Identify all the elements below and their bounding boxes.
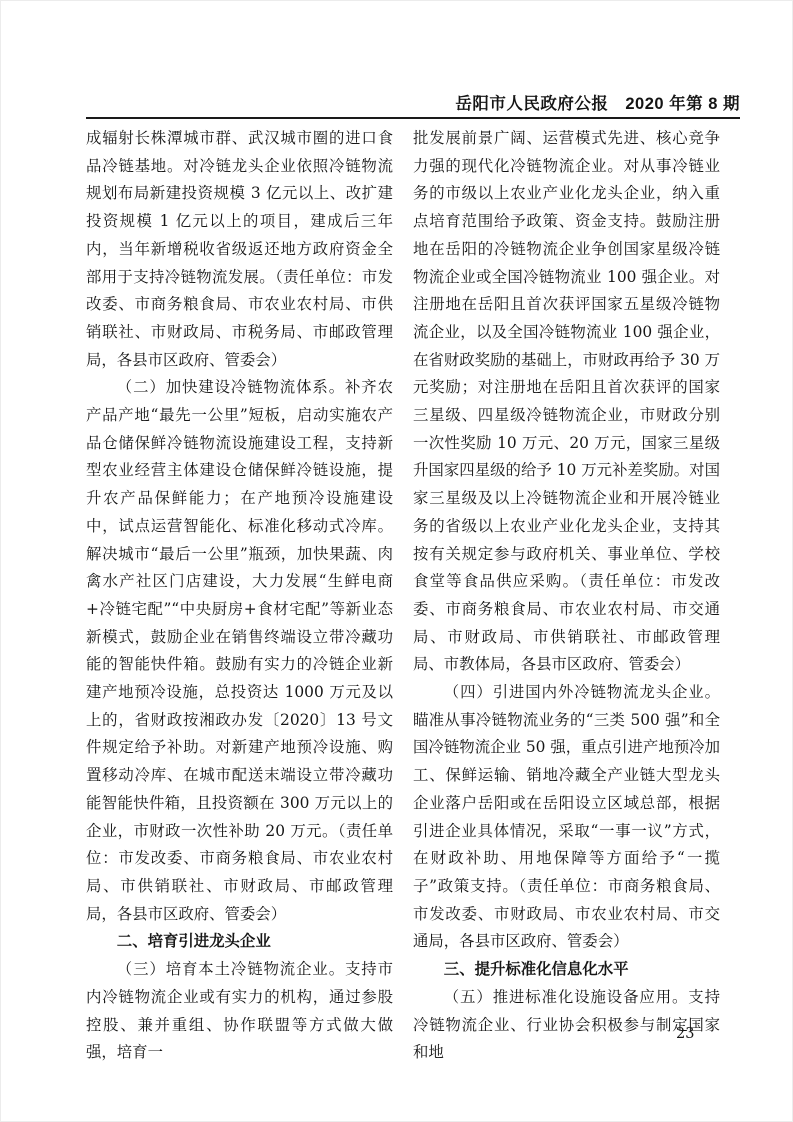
page-header: 岳阳市人民政府公报 2020 年第 8 期 — [86, 90, 740, 114]
page-body: 成辐射长株潭城市群、武汉城市圈的进口食品冷链基地。对冷链龙头企业依照冷链物流规划… — [86, 125, 720, 1067]
body-paragraph: 成辐射长株潭城市群、武汉城市圈的进口食品冷链基地。对冷链龙头企业依照冷链物流规划… — [86, 125, 393, 374]
gazette-page: 岳阳市人民政府公报 2020 年第 8 期 成辐射长株潭城市群、武汉城市圈的进口… — [0, 0, 793, 1122]
header-rule — [86, 117, 740, 119]
body-paragraph: （四）引进国内外冷链物流龙头企业。瞄准从事冷链物流业务的“三类 500 强”和全… — [413, 679, 720, 956]
right-column: 批发展前景广阔、运营模式先进、核心竞争力强的现代化冷链物流企业。对从事冷链业务的… — [413, 125, 720, 1067]
body-paragraph: （五）推进标准化设施设备应用。支持冷链物流企业、行业协会积极参与制定国家和地 — [413, 984, 720, 1067]
section-heading: 三、提升标准化信息化水平 — [413, 956, 720, 984]
left-column: 成辐射长株潭城市群、武汉城市圈的进口食品冷链基地。对冷链龙头企业依照冷链物流规划… — [86, 125, 393, 1067]
body-paragraph: （三）培育本土冷链物流企业。支持市内冷链物流企业或有实力的机构，通过参股控股、兼… — [86, 956, 393, 1067]
section-heading: 二、培育引进龙头企业 — [86, 928, 393, 956]
body-paragraph: （二）加快建设冷链物流体系。补齐农产品产地“最先一公里”短板，启动实施农产品仓储… — [86, 374, 393, 928]
page-number: 23 — [676, 1026, 694, 1042]
body-paragraph: 批发展前景广阔、运营模式先进、核心竞争力强的现代化冷链物流企业。对从事冷链业务的… — [413, 125, 720, 679]
